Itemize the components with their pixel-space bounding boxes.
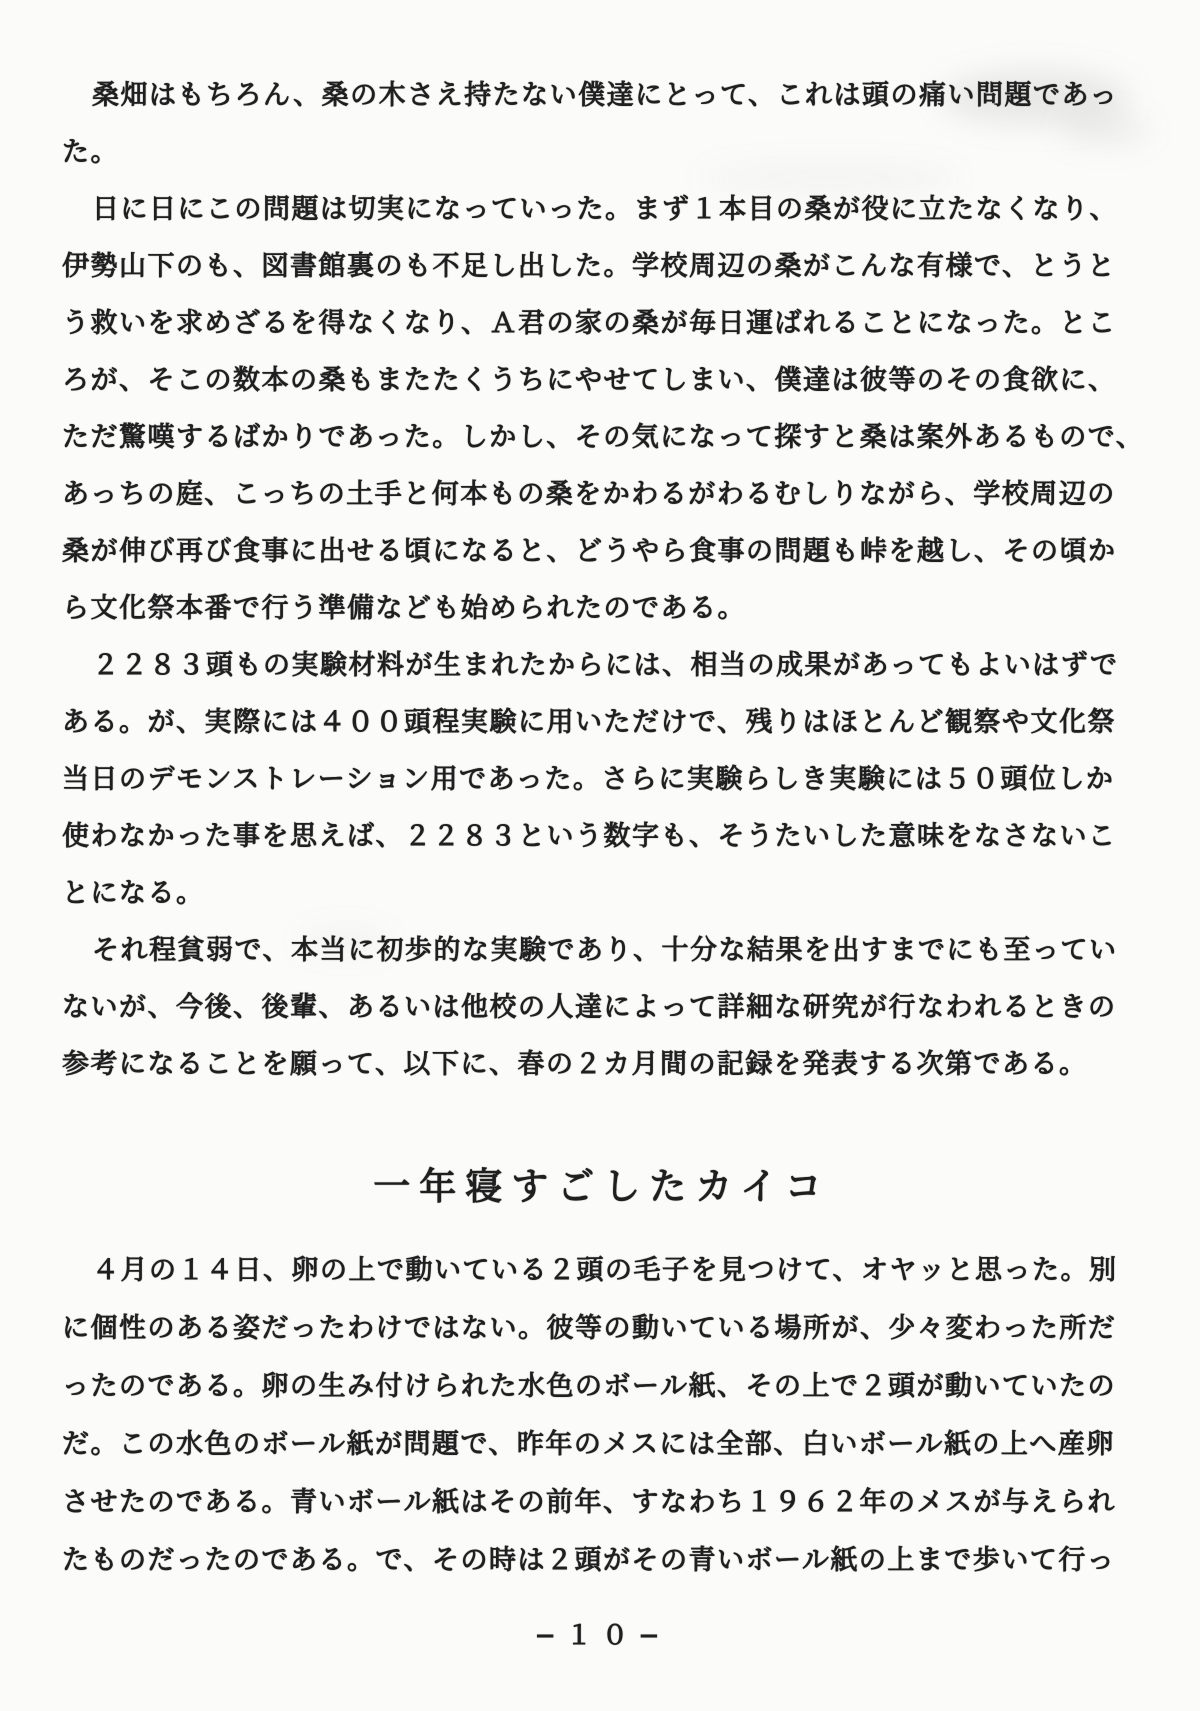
text-line: たものだったのである。で、その時は２頭がその青いボール紙の上まで歩いて行っ	[62, 1529, 1142, 1587]
text-line: ４月の１４日、卵の上で動いている２頭の毛子を見つけて、オヤッと思った。別	[62, 1239, 1142, 1297]
scanned-page: 桑畑はもちろん、桑の木さえ持たない僕達にとって、これは頭の痛い問題であっ た。 …	[0, 0, 1200, 1711]
text-line: それ程貧弱で、本当に初歩的な実験であり、十分な結果を出すまでにも至ってい	[62, 919, 1142, 976]
text-line: 桑畑はもちろん、桑の木さえ持たない僕達にとって、これは頭の痛い問題であっ	[62, 64, 1142, 121]
intro-section: 桑畑はもちろん、桑の木さえ持たない僕達にとって、これは頭の痛い問題であっ た。 …	[62, 64, 1142, 1090]
text-line: ら文化祭本番で行う準備なども始められたのである。	[62, 577, 1142, 634]
text-line: させたのである。青いボール紙はその前年、すなわち１９６２年のメスが与えられ	[62, 1471, 1142, 1529]
text-line: ないが、今後、後輩、あるいは他校の人達によって詳細な研究が行なわれるときの	[62, 976, 1142, 1033]
text-line: ただ驚嘆するばかりであった。しかし、その気になって探すと桑は案外あるもので、	[62, 406, 1142, 463]
text-line: 伊勢山下のも、図書館裏のも不足し出した。学校周辺の桑がこんな有様で、とうと	[62, 235, 1142, 292]
page-body: 桑畑はもちろん、桑の木さえ持たない僕達にとって、これは頭の痛い問題であっ た。 …	[0, 0, 1200, 1655]
text-line: 桑が伸び再び食事に出せる頃になると、どうやら食事の問題も峠を越し、その頃か	[62, 520, 1142, 577]
page-number: −１０−	[62, 1613, 1142, 1655]
text-line: とになる。	[62, 862, 1142, 919]
text-line: た。	[62, 121, 1142, 178]
text-line: ある。が、実際には４００頭程実験に用いただけで、残りはほとんど観察や文化祭	[62, 691, 1142, 748]
section-heading: 一年寝すごしたカイコ	[62, 1152, 1142, 1214]
text-line: に個性のある姿だったわけではない。彼等の動いている場所が、少々変わった所だ	[62, 1297, 1142, 1355]
text-line: ２２８３頭もの実験材料が生まれたからには、相当の成果があってもよいはずで	[62, 634, 1142, 691]
text-line: 使わなかった事を思えば、２２８３という数字も、そうたいした意味をなさないこ	[62, 805, 1142, 862]
text-line: あっちの庭、こっちの土手と何本もの桑をかわるがわるむしりながら、学校周辺の	[62, 463, 1142, 520]
kaiko-section: ４月の１４日、卵の上で動いている２頭の毛子を見つけて、オヤッと思った。別 に個性…	[62, 1239, 1142, 1587]
text-line: 日に日にこの問題は切実になっていった。まず１本目の桑が役に立たなくなり、	[62, 178, 1142, 235]
text-line: ったのである。卵の生み付けられた水色のボール紙、その上で２頭が動いていたの	[62, 1355, 1142, 1413]
text-line: 参考になることを願って、以下に、春の２カ月間の記録を発表する次第である。	[62, 1033, 1142, 1090]
text-line: ろが、そこの数本の桑もまたたくうちにやせてしまい、僕達は彼等のその食欲に、	[62, 349, 1142, 406]
text-line: う救いを求めざるを得なくなり、Ａ君の家の桑が毎日運ばれることになった。とこ	[62, 292, 1142, 349]
text-line: 当日のデモンストレーション用であった。さらに実験らしき実験には５０頭位しか	[62, 748, 1142, 805]
text-line: だ。この水色のボール紙が問題で、昨年のメスには全部、白いボール紙の上へ産卵	[62, 1413, 1142, 1471]
